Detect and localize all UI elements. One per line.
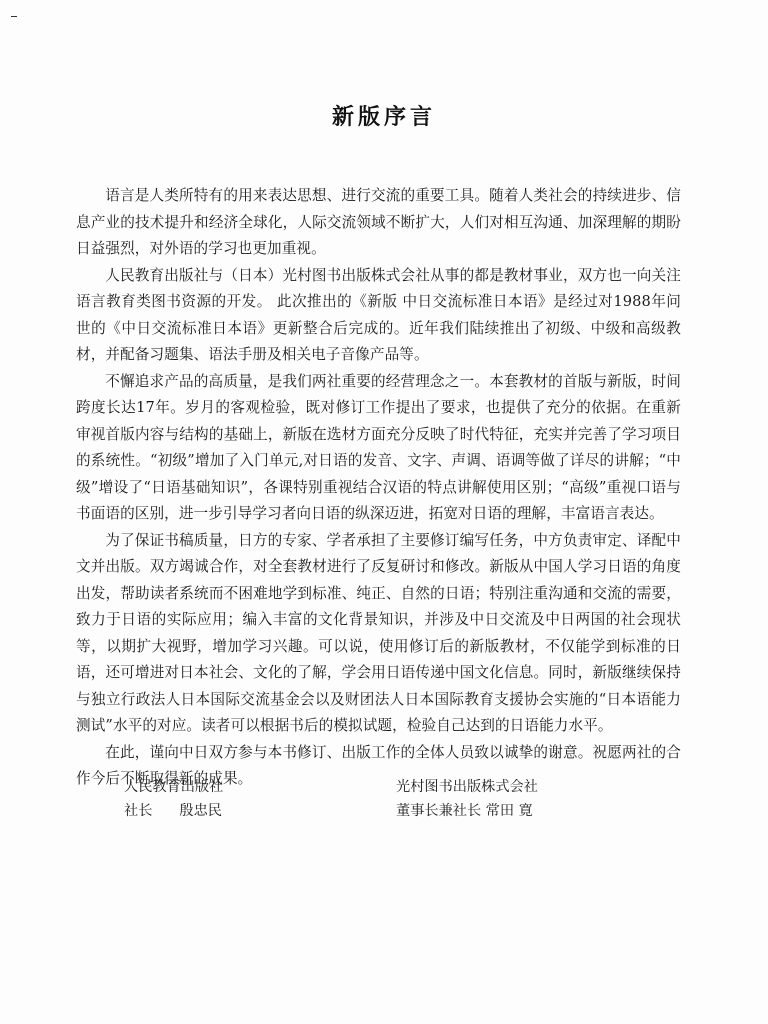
- preface-body: 语言是人类所特有的用来表达思想、进行交流的重要工具。随着人类社会的持续进步、信息…: [76, 183, 681, 793]
- signature-left: 人民教育出版社 社长 殷忠民: [124, 775, 223, 823]
- signature-right-person: 董事长兼社长 常田 寛: [396, 799, 538, 823]
- signature-left-organization: 人民教育出版社: [124, 775, 223, 799]
- signature-right-organization: 光村图书出版株式会社: [396, 775, 538, 799]
- paragraph-3: 不懈追求产品的高质量，是我们两社重要的经营理念之一。本套教材的首版与新版，时间跨…: [76, 369, 681, 528]
- scan-corner-mark: [11, 16, 17, 17]
- page-title: 新版序言: [0, 100, 768, 131]
- signature-right: 光村图书出版株式会社 董事长兼社长 常田 寛: [396, 775, 538, 823]
- paragraph-4: 为了保证书稿质量，日方的专家、学者承担了主要修订编写任务，中方负责审定、译配中文…: [76, 528, 681, 740]
- signature-left-person: 社长 殷忠民: [124, 799, 223, 823]
- paragraph-2: 人民教育出版社与（日本）光村图书出版株式会社从事的都是教材事业，双方也一向关注语…: [76, 263, 681, 369]
- paragraph-1: 语言是人类所特有的用来表达思想、进行交流的重要工具。随着人类社会的持续进步、信息…: [76, 183, 681, 263]
